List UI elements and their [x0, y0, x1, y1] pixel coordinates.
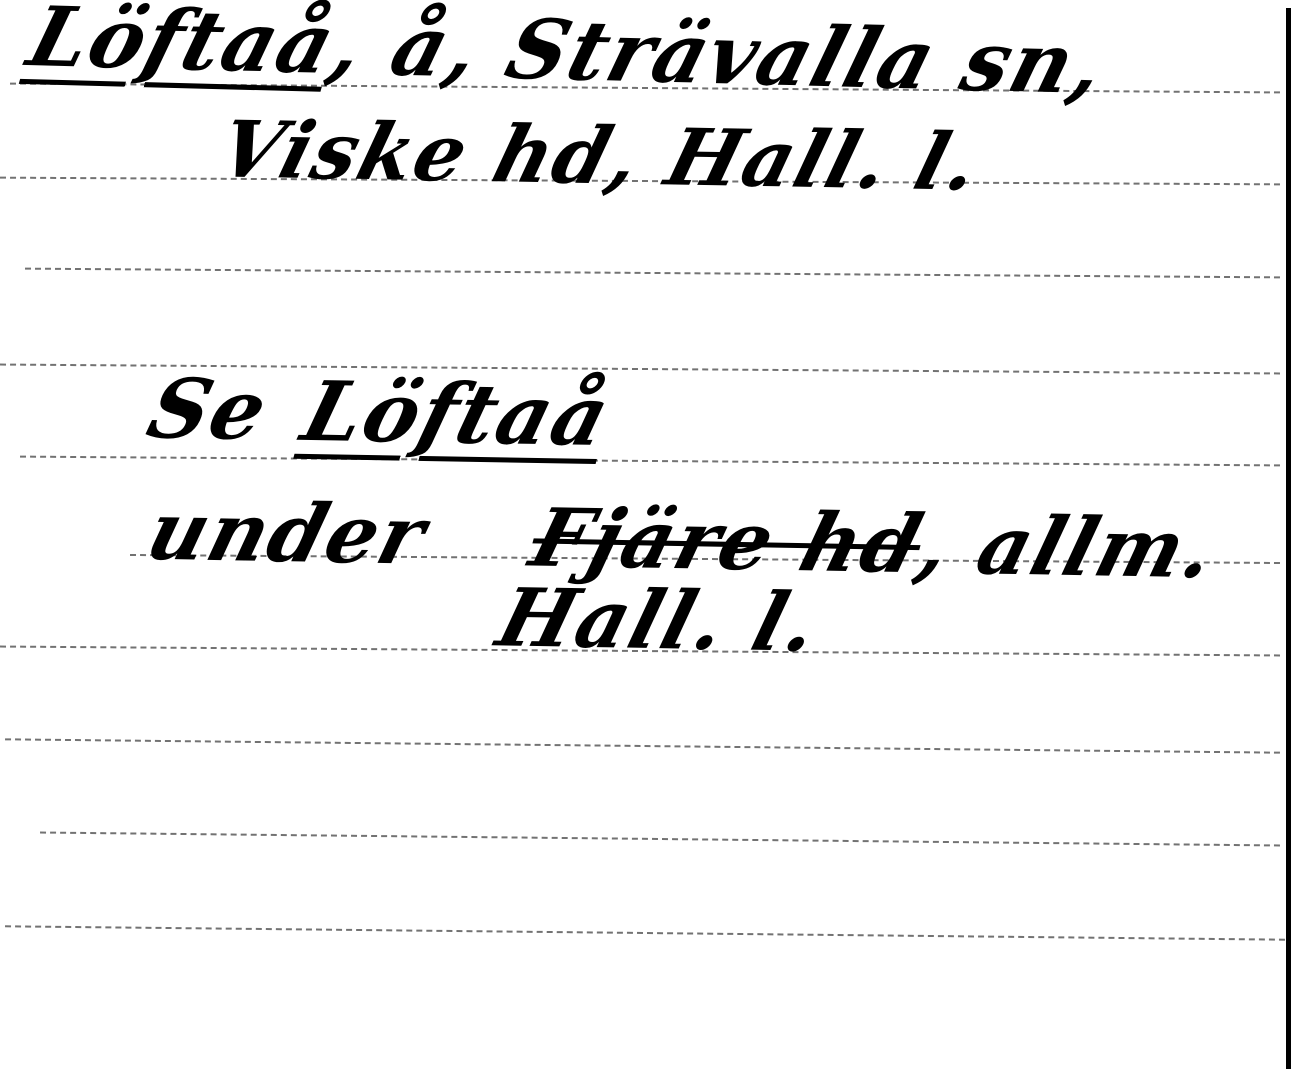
see-label: Se: [138, 361, 278, 459]
ruling-line: [40, 832, 1280, 847]
district-county: Viske hd, Hall. l.: [210, 104, 991, 208]
cross-reference-line: SeLöftaå: [140, 368, 619, 458]
index-card: Löftaå, å, Strävalla sn, Viske hd, Hall.…: [0, 0, 1302, 1069]
entry-description: , å, Strävalla sn,: [320, 0, 1117, 113]
reference-location: , allm.: [908, 497, 1227, 596]
ruling-line: [5, 738, 1280, 753]
under-label: under: [138, 484, 437, 583]
entry-line-1: Löftaå, å, Strävalla sn,: [20, 0, 1115, 106]
reference-county-line: Hall. l.: [490, 577, 828, 663]
ruling-line: [5, 925, 1285, 940]
entry-line-2: Viske hd, Hall. l.: [211, 111, 988, 202]
card-right-border: [1286, 8, 1291, 1069]
reference-headword: Löftaå: [293, 364, 621, 465]
headword: Löftaå: [18, 0, 346, 93]
reference-county: Hall. l.: [488, 570, 830, 670]
ruling-line: [25, 268, 1280, 279]
